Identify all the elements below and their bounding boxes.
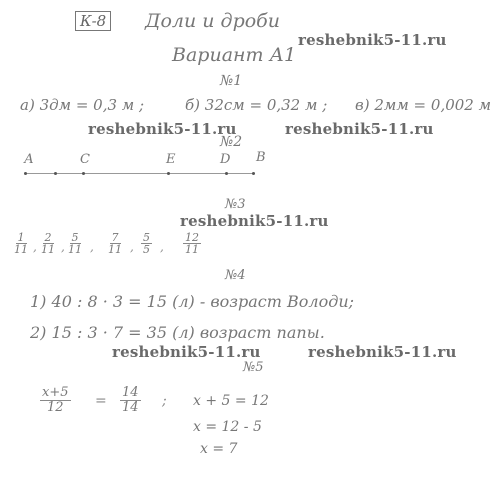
tick-c: [82, 172, 85, 175]
task4-line-2-marker: 2): [30, 323, 46, 342]
watermark-4: reshebnik5-11.ru: [180, 212, 329, 230]
solution-step-3: x = 7: [200, 441, 237, 457]
task1-item-b: б) 32см = 0,32 м ;: [185, 96, 327, 114]
equation-rhs-den: 14: [122, 401, 139, 415]
watermark-2: reshebnik5-11.ru: [88, 120, 237, 138]
task1-item-a: а) 3дм = 0,3 м ;: [20, 96, 144, 114]
separator: ,: [90, 240, 94, 254]
separator: ,: [61, 240, 65, 254]
task2-label: №2: [220, 134, 242, 150]
equation-lhs: x+512: [40, 386, 71, 415]
task1-item-c-marker: в): [355, 96, 370, 114]
fraction-6-den: 11: [185, 244, 199, 255]
task1-label: №1: [220, 73, 242, 89]
task4-line-1-text: 40 : 8 · 3 = 15 (л) - возраст Володи;: [52, 292, 355, 311]
point-b-label: В: [256, 150, 266, 165]
task1-item-b-text: 32см = 0,32 м ;: [205, 96, 327, 114]
fraction-4: 711: [108, 232, 122, 255]
fraction-1: 111: [14, 232, 28, 255]
equation-lhs-num: x+5: [40, 386, 71, 401]
task1-item-a-marker: а): [20, 96, 35, 114]
separator: ,: [33, 240, 37, 254]
fraction-4-den: 11: [108, 244, 122, 255]
equation-lhs-den: 12: [47, 401, 64, 415]
point-e-label: Е: [166, 152, 176, 167]
tick-d: [225, 172, 228, 175]
test-code-box: К-8: [75, 11, 111, 31]
fraction-3: 511: [68, 232, 82, 255]
task4-line-1: 1) 40 : 8 · 3 = 15 (л) - возраст Володи;: [30, 292, 354, 311]
equation-rhs: 1414: [120, 386, 141, 415]
tick-b: [252, 172, 255, 175]
separator: ,: [160, 240, 164, 254]
solution-step-2: x = 12 - 5: [193, 419, 262, 435]
task5-label: №5: [243, 360, 264, 375]
point-a-label: А: [24, 152, 34, 167]
fraction-5-den: 5: [143, 244, 150, 255]
fraction-2-den: 11: [41, 244, 55, 255]
solution-step-1: x + 5 = 12: [193, 393, 269, 409]
task4-line-2: 2) 15 : 3 · 7 = 35 (л) возраст папы.: [30, 323, 325, 342]
fraction-6: 1211: [183, 232, 201, 255]
equation-rhs-num: 14: [120, 386, 141, 401]
watermark-3: reshebnik5-11.ru: [285, 120, 434, 138]
task1-item-b-marker: б): [185, 96, 200, 114]
point-c-label: С: [80, 152, 90, 167]
point-d-label: D: [220, 152, 230, 167]
task1-item-a-text: 3дм = 0,3 м ;: [40, 96, 144, 114]
number-line: [25, 173, 255, 174]
separator: ;: [162, 393, 167, 409]
worksheet-title: Доли и дроби: [145, 10, 280, 32]
watermark-1: reshebnik5-11.ru: [298, 31, 447, 49]
fraction-5: 55: [141, 232, 152, 255]
fraction-2: 211: [41, 232, 55, 255]
variant-label: Вариант А1: [172, 44, 296, 66]
tick-e: [167, 172, 170, 175]
task4-line-2-text: 15 : 3 · 7 = 35 (л) возраст папы.: [52, 323, 325, 342]
watermark-5: reshebnik5-11.ru: [112, 343, 261, 361]
task4-line-1-marker: 1): [30, 292, 46, 311]
equals-sign: =: [95, 393, 107, 409]
fraction-1-den: 11: [14, 244, 28, 255]
fraction-3-den: 11: [68, 244, 82, 255]
task3-label: №3: [225, 197, 246, 212]
tick-a: [24, 172, 27, 175]
watermark-6: reshebnik5-11.ru: [308, 343, 457, 361]
separator: ,: [130, 240, 134, 254]
task4-label: №4: [225, 268, 246, 283]
task1-item-c-text: 2мм = 0,002 м: [374, 96, 491, 114]
task1-item-c: в) 2мм = 0,002 м: [355, 96, 491, 114]
tick-mid: [54, 172, 57, 175]
